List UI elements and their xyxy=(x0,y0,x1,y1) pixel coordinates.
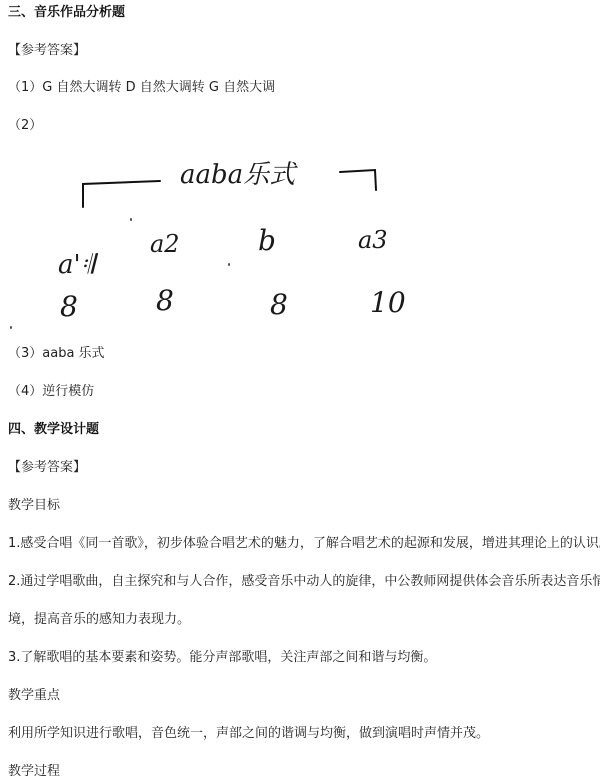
answer-label: 【参考答案】 xyxy=(8,459,86,477)
segment-label-3: b xyxy=(258,224,276,257)
teaching-focus-title: 教学重点 xyxy=(8,687,60,705)
answer-item-1: （1）G 自然大调转 D 自然大调转 G 自然大调 xyxy=(8,79,275,97)
teaching-focus-text: 利用所学知识进行歌唱，音色统一，声部之间的谐调与均衡，做到演唱时声情并茂。 xyxy=(8,725,489,743)
teaching-goal-2: 2.通过学唱歌曲，自主探究和与人合作，感受音乐中动人的旋律，中公教师网提供体会音… xyxy=(8,573,600,591)
answer-label: 【参考答案】 xyxy=(8,42,86,60)
stray-mark xyxy=(10,326,12,329)
form-title: aaba乐式 xyxy=(180,154,295,191)
answer-item-3: （3）aaba 乐式 xyxy=(8,345,105,363)
answer-item-2: （2） xyxy=(8,117,42,135)
segment-label-4: a3 xyxy=(358,226,388,254)
segment-bars-3: 8 xyxy=(270,288,288,321)
segment-bars-1: 8 xyxy=(60,290,78,323)
segment-label-2: a2 xyxy=(150,230,180,258)
segment-bars-2: 8 xyxy=(156,284,174,317)
section3-heading: 三、音乐作品分析题 xyxy=(8,4,125,22)
segment-label-1: a'𝄇 xyxy=(58,250,93,281)
teaching-goal-3: 3.了解歌唱的基本要素和姿势。能分声部歌唱，关注声部之间和谐与均衡。 xyxy=(8,649,436,667)
stray-mark xyxy=(130,218,132,221)
form-bracket-icon xyxy=(0,140,600,340)
stray-mark xyxy=(228,263,230,266)
section4-heading: 四、教学设计题 xyxy=(8,421,99,439)
answer-item-4: （4）逆行模仿 xyxy=(8,383,94,401)
segment-bars-4: 10 xyxy=(370,286,406,319)
teaching-goal-1: 1.感受合唱《同一首歌》，初步体验合唱艺术的魅力，了解合唱艺术的起源和发展，增进… xyxy=(8,535,600,553)
teaching-goals-title: 教学目标 xyxy=(8,497,60,515)
teaching-process-title: 教学过程 xyxy=(8,763,60,780)
teaching-goal-2-cont: 境，提高音乐的感知力表现力。 xyxy=(8,611,190,629)
form-structure-diagram: aaba乐式 a'𝄇 a2 b a3 8 8 8 10 xyxy=(0,140,600,340)
